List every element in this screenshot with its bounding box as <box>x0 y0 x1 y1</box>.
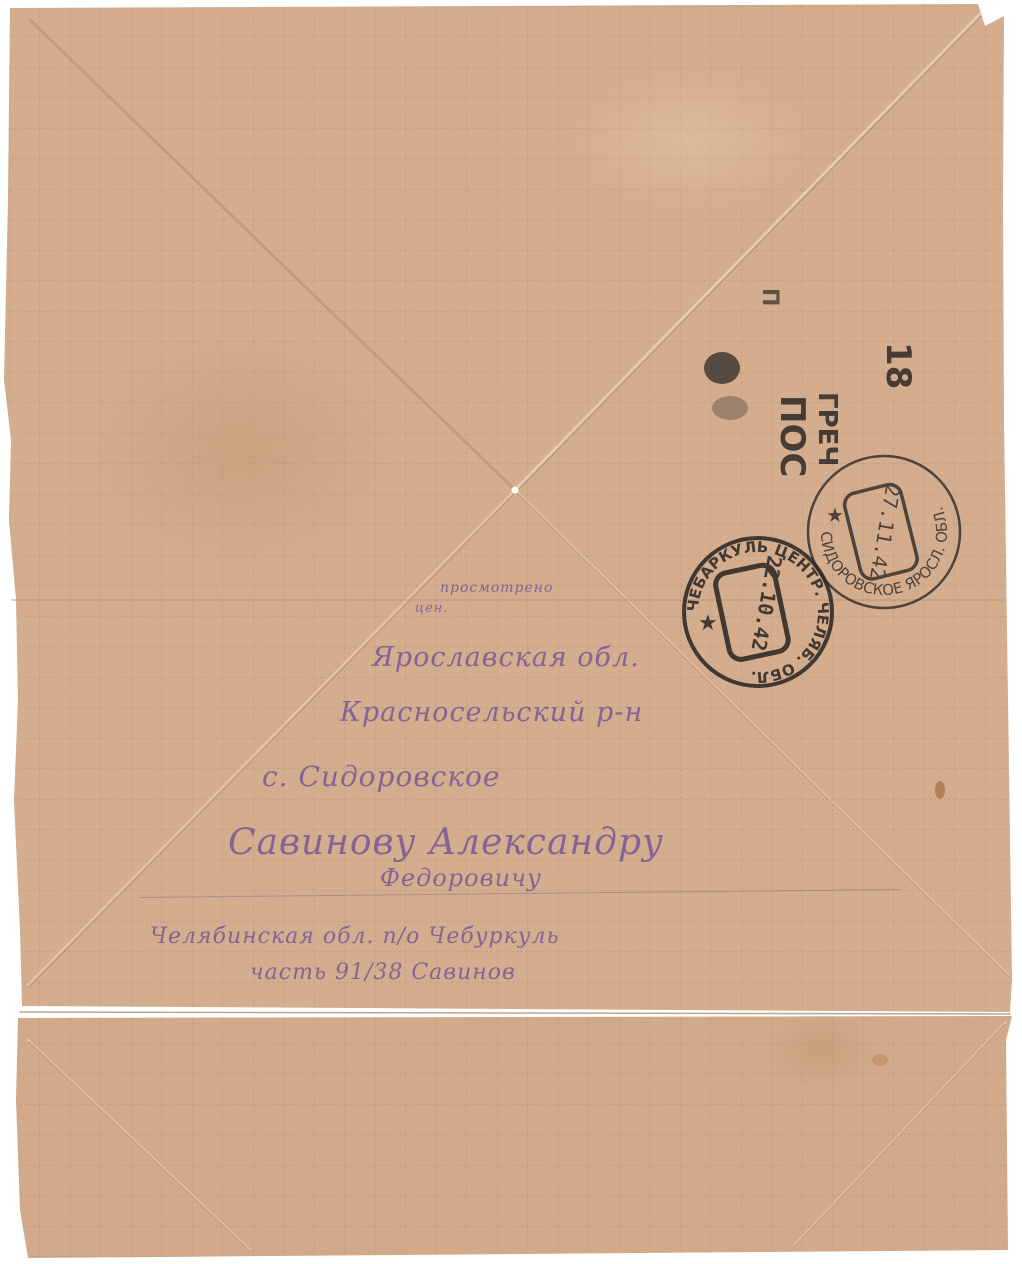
recipient-patronymic: Федоровичу <box>380 864 542 892</box>
svg-text:★: ★ <box>698 611 718 636</box>
stamp-fragment-p: П <box>757 288 782 306</box>
sender-line-1: Челябинская обл. п/о Чебуркуль <box>150 924 560 949</box>
svg-text:★: ★ <box>826 503 844 527</box>
recipient-name: Савинову Александру <box>228 822 664 863</box>
stamp-fragment-18: 18 <box>878 342 918 389</box>
pin-hole <box>512 487 519 494</box>
censor-note-2: цен. <box>415 601 448 616</box>
letter-scan: ЧЕБАРКУЛЬ ЦЕНТР. ЧЕЛЯБ. ОБЛ. 22.10.42 ★ … <box>0 0 1022 1264</box>
address-district: Красносельский р-н <box>340 697 643 728</box>
sender-line-2: часть 91/38 Савинов <box>250 960 516 985</box>
censor-note-1: просмотрено <box>440 580 553 596</box>
stamp-fragment-grech: ГРЕЧ <box>812 392 842 466</box>
address-region: Ярославская обл. <box>372 642 640 673</box>
address-village: с. Сидоровское <box>262 760 500 793</box>
stamp-fragment-pos: ПОС <box>772 395 812 477</box>
